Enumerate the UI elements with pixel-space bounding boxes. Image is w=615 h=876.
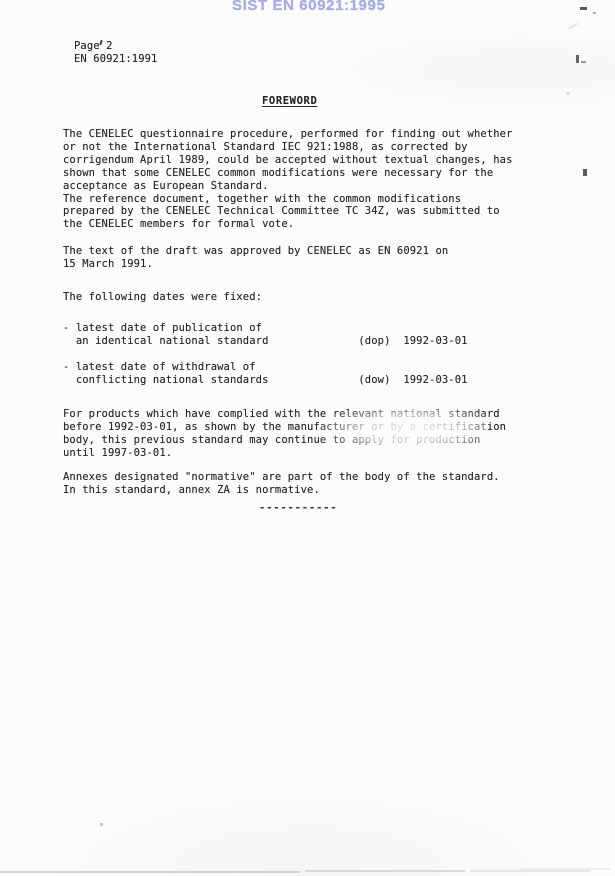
scan-artifact bbox=[593, 12, 596, 14]
scanned-document-page: SIST EN 60921:1995 Page 2 EN 60921:1991 … bbox=[0, 0, 615, 876]
scan-edge-line bbox=[305, 870, 465, 872]
page-header: Page 2 EN 60921:1991 bbox=[74, 40, 157, 66]
scan-edge-line bbox=[0, 871, 300, 873]
paragraph-cenelec-procedure: The CENELEC questionnaire procedure, per… bbox=[63, 128, 513, 231]
scan-edge-line bbox=[470, 870, 590, 872]
scan-edge-line bbox=[520, 868, 610, 870]
paragraph-annexes-normative: Annexes designated "normative" are part … bbox=[63, 471, 500, 497]
page-number-label: Page 2 bbox=[74, 40, 113, 52]
scan-artifact bbox=[566, 92, 570, 95]
paragraph-dates-fixed: The following dates were fixed: bbox=[63, 291, 262, 304]
date-item-dop: - latest date of publication of an ident… bbox=[63, 322, 468, 348]
scan-artifact bbox=[100, 823, 103, 826]
scan-artifact bbox=[581, 61, 586, 63]
document-reference: EN 60921:1991 bbox=[74, 53, 157, 65]
sist-watermark: SIST EN 60921:1995 bbox=[232, 0, 385, 14]
scan-artifact bbox=[576, 55, 579, 63]
dashed-separator: ----------- bbox=[259, 502, 337, 515]
date-item-dow: - latest date of withdrawal of conflicti… bbox=[63, 361, 468, 387]
foreword-title: FOREWORD bbox=[262, 95, 317, 108]
paragraph-draft-approved: The text of the draft was approved by CE… bbox=[63, 245, 448, 271]
paragraph-products-complied: For products which have complied with th… bbox=[63, 408, 506, 460]
scan-artifact bbox=[583, 169, 587, 176]
scan-artifact bbox=[568, 23, 578, 30]
scan-artifact bbox=[580, 7, 587, 10]
